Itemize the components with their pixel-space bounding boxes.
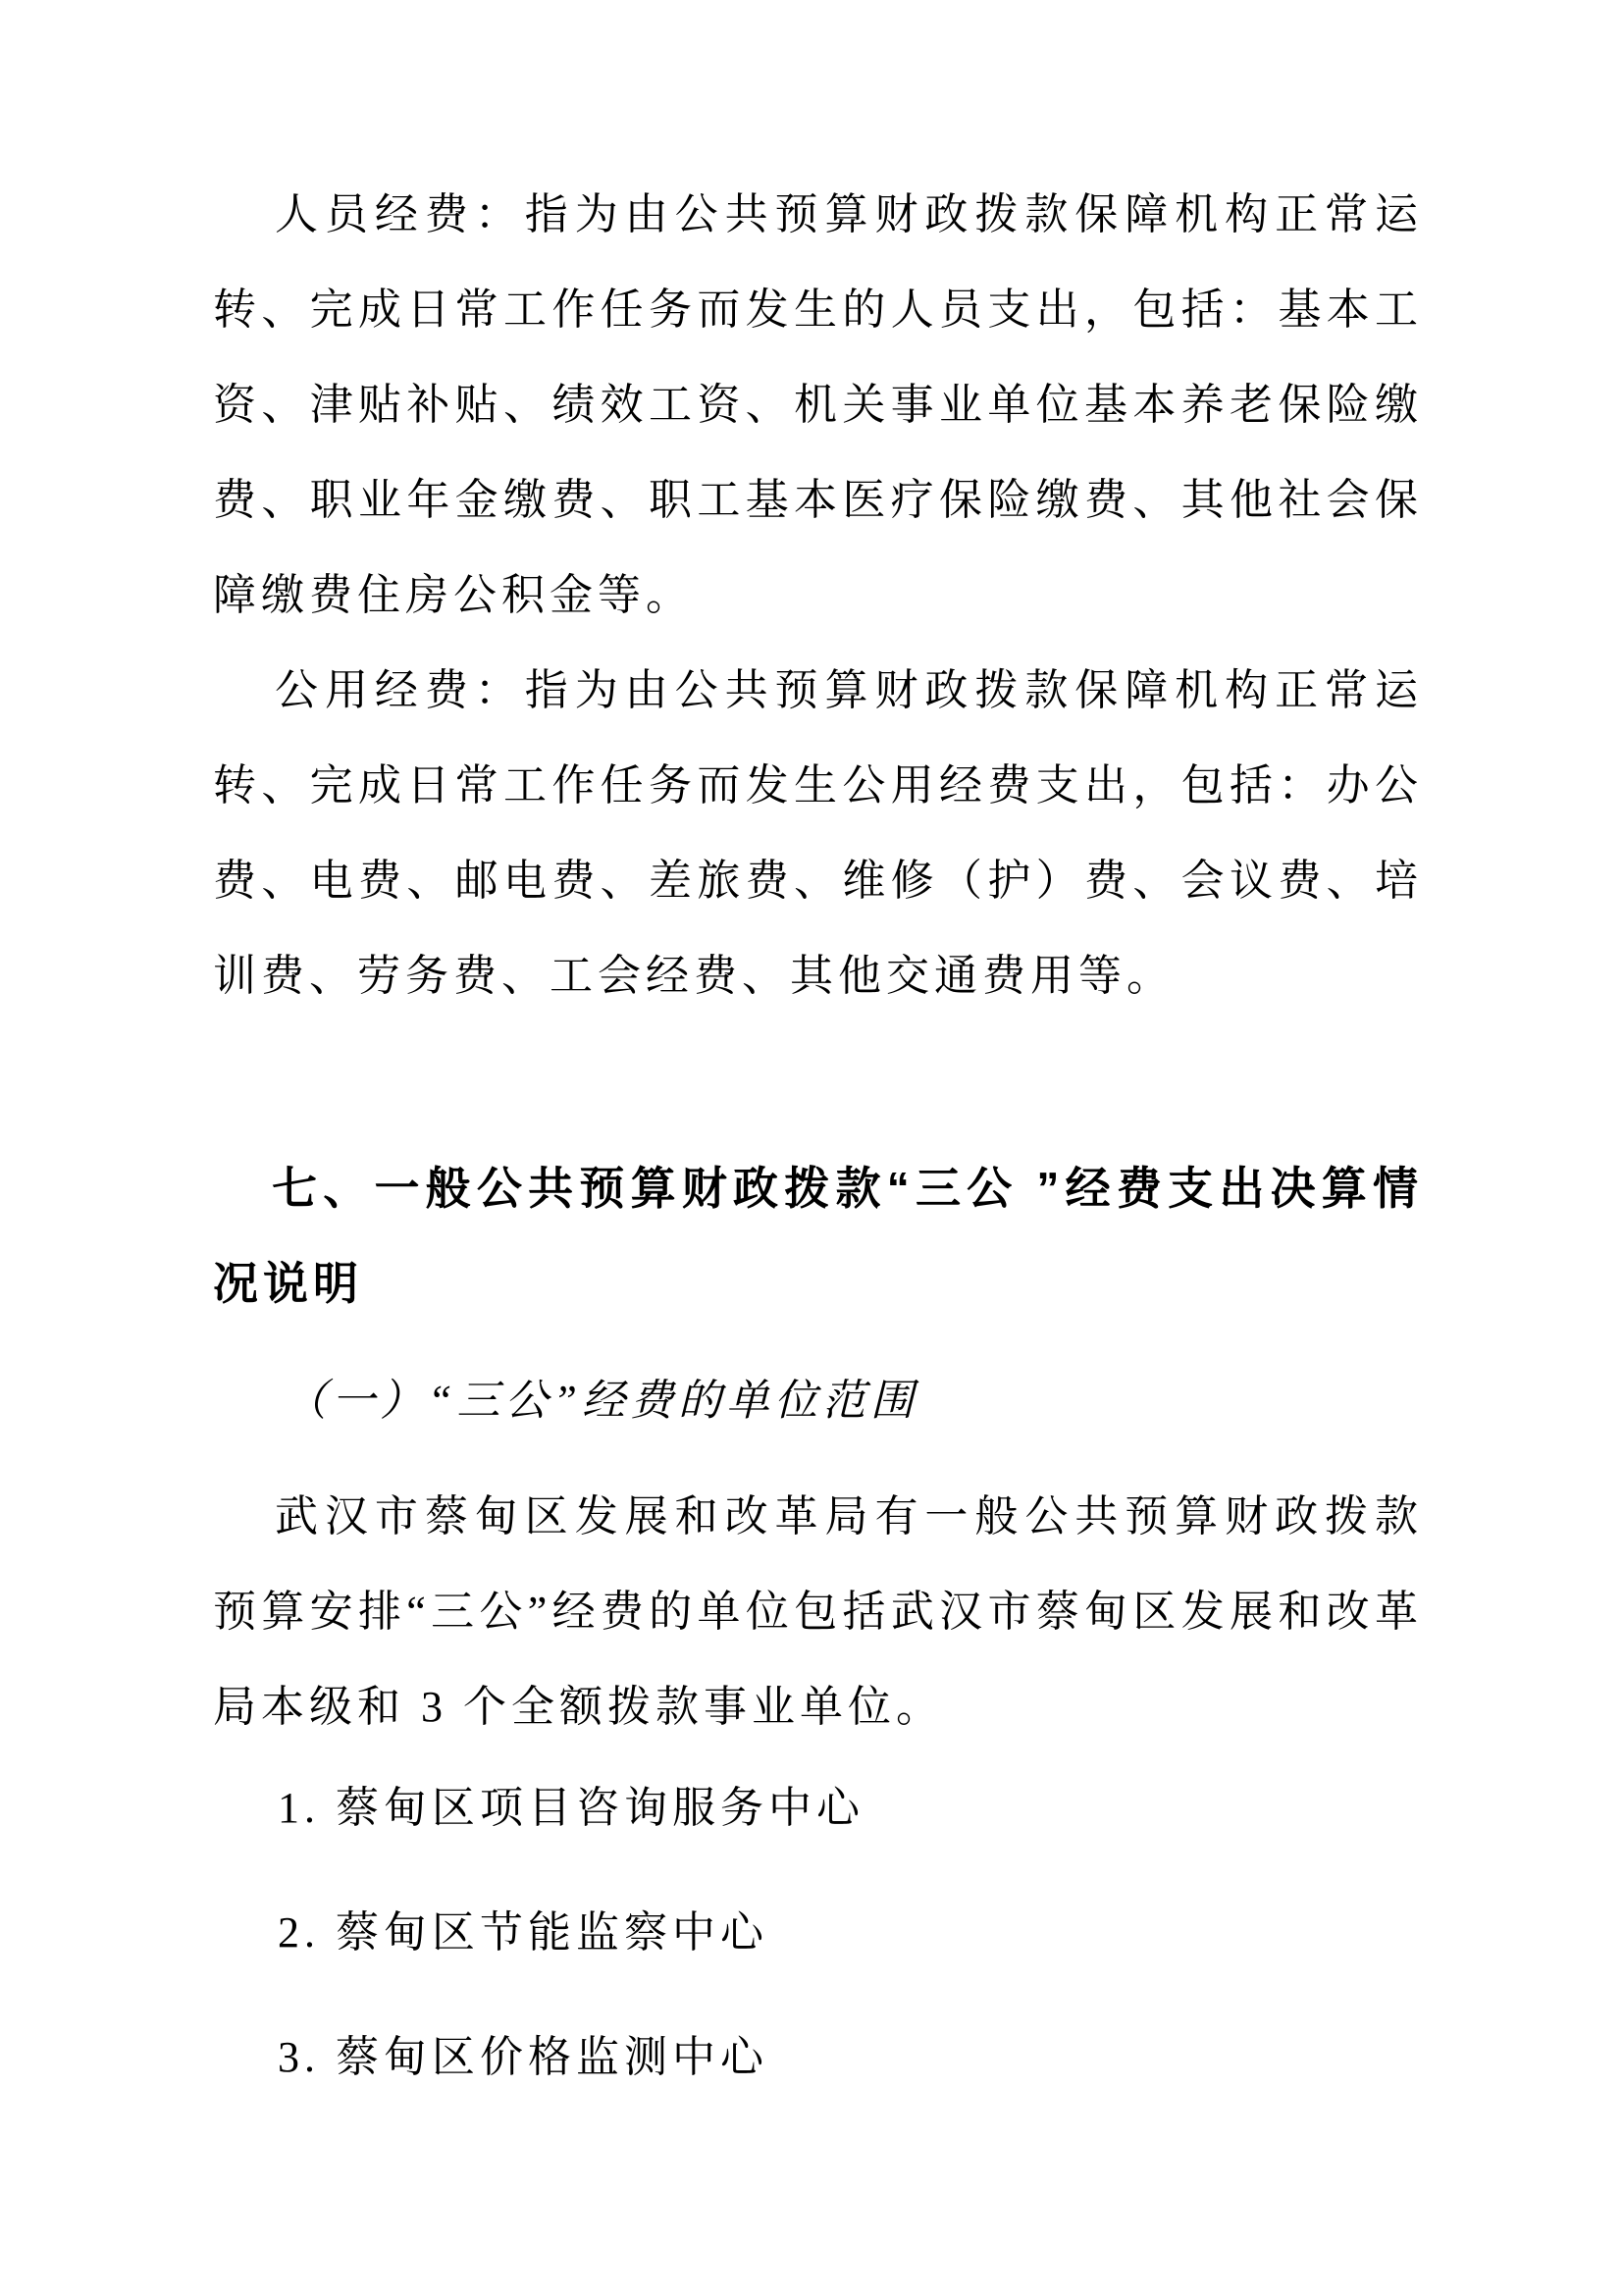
unit-list-item-3: 3. 蔡甸区价格监测中心 bbox=[213, 2009, 1423, 2105]
scope-subheading: （一）“三公”经费的单位范围 bbox=[213, 1353, 1423, 1448]
paragraph-personnel-funds: 人员经费：指为由公共预算财政拨款保障机构正常运转、完成日常工作任务而发生的人员支… bbox=[213, 167, 1423, 643]
unit-list: 1. 蔡甸区项目咨询服务中心 2. 蔡甸区节能监察中心 3. 蔡甸区价格监测中心 bbox=[213, 1760, 1423, 2105]
document-body: 人员经费：指为由公共预算财政拨款保障机构正常运转、完成日常工作任务而发生的人员支… bbox=[0, 0, 1624, 2105]
unit-list-item-2: 2. 蔡甸区节能监察中心 bbox=[213, 1885, 1423, 1980]
document-page: 人员经费：指为由公共预算财政拨款保障机构正常运转、完成日常工作任务而发生的人员支… bbox=[0, 0, 1624, 2296]
section7-heading: 七、一般公共预算财政拨款“三公 ”经费支出决算情况说明 bbox=[213, 1141, 1423, 1331]
paragraph-scope-intro: 武汉市蔡甸区发展和改革局有一般公共预算财政拨款预算安排“三公”经费的单位包括武汉… bbox=[213, 1469, 1423, 1754]
unit-list-item-1: 1. 蔡甸区项目咨询服务中心 bbox=[213, 1760, 1423, 1855]
paragraph-public-funds: 公用经费：指为由公共预算财政拨款保障机构正常运转、完成日常工作任务而发生公用经费… bbox=[213, 643, 1423, 1023]
